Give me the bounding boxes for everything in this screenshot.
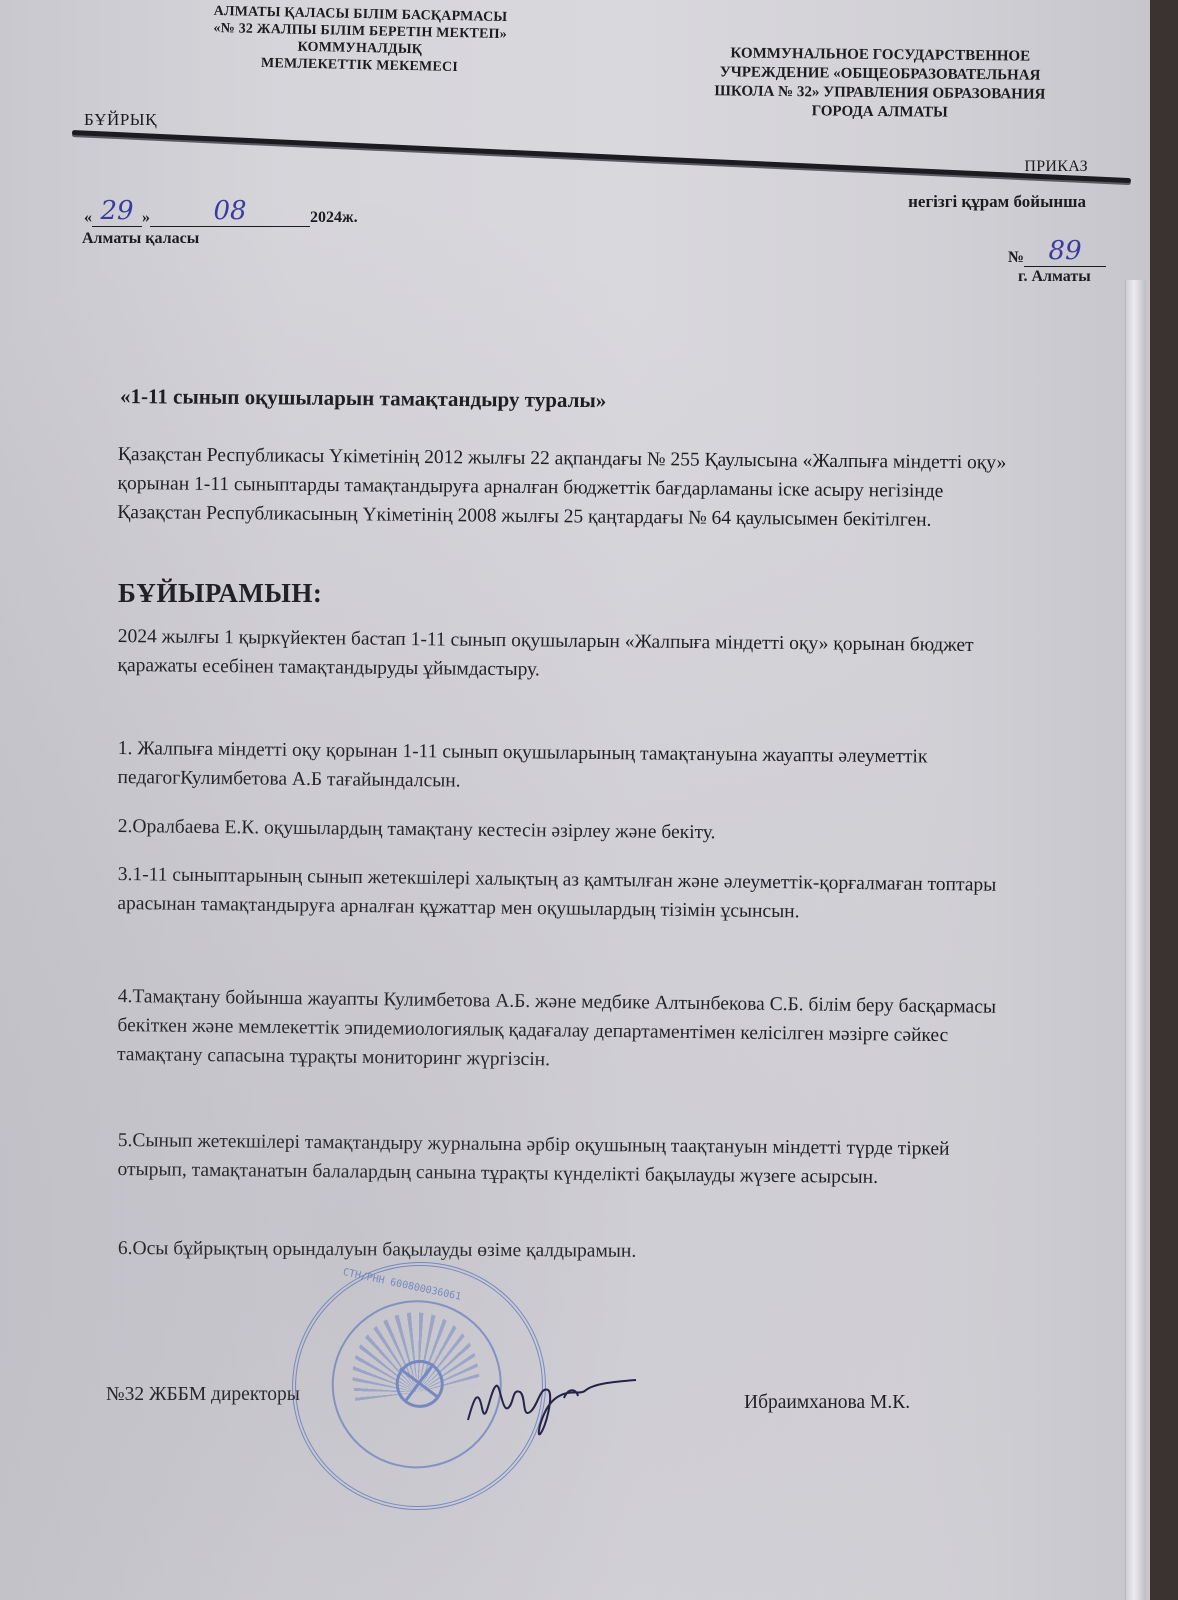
signatory-name: Ибраимханова М.К. — [744, 1392, 910, 1414]
date-day: 29 — [92, 196, 142, 227]
document-page: АЛМАТЫ ҚАЛАСЫ БІЛІМ БАСҚАРМАСЫ «№ 32 ЖАЛ… — [0, 0, 1150, 1600]
preamble-text: Қазақстан Республикасы Үкіметінің 2012 ж… — [117, 440, 1018, 536]
date-line: « 29 » 08 2024ж. — [84, 196, 358, 227]
item-text: 6.Осы бұйрықтың орындалуын бақылауды өзі… — [118, 1234, 1018, 1268]
header-divider — [72, 130, 1131, 183]
quote-close: » — [142, 209, 150, 227]
preamble: Қазақстан Республикасы Үкіметінің 2012 ж… — [117, 440, 1018, 536]
doc-type-russian: ПРИКАЗ — [1024, 158, 1088, 176]
kazakh-org-header: АЛМАТЫ ҚАЛАСЫ БІЛІМ БАСҚАРМАСЫ «№ 32 ЖАЛ… — [169, 2, 550, 78]
item-text: 1. Жалпыға міндетті оқу қорынан 1-11 сын… — [117, 734, 1018, 801]
order-item-1: 1. Жалпыға міндетті оқу қорынан 1-11 сын… — [117, 734, 1018, 801]
order-intro: 2024 жылғы 1 қыркүйектен бастап 1-11 сын… — [117, 622, 1018, 689]
item-text: 5.Сынып жетекшілері тамақтандыру журналы… — [117, 1126, 1018, 1193]
intro-text: 2024 жылғы 1 қыркүйектен бастап 1-11 сын… — [117, 622, 1018, 689]
doc-type-kazakh: БҰЙРЫҚ — [84, 110, 157, 130]
item-text: 4.Тамақтану бойынша жауапты Кулимбетова … — [117, 982, 1018, 1080]
date-month: 08 — [150, 196, 310, 227]
order-heading: БҰЙЫРАМЫН: — [118, 578, 322, 609]
signatory-position: №32 ЖББМ директоры — [106, 1384, 300, 1406]
underlying-sheet-edge — [1125, 280, 1146, 1600]
number-value: 89 — [1024, 236, 1106, 267]
city-kazakh: Алматы қаласы — [82, 230, 199, 248]
russian-org-header: КОММУНАЛЬНОЕ ГОСУДАРСТВЕННОЕ УЧРЕЖДЕНИЕ … — [680, 44, 1081, 124]
order-item-2: 2.Оралбаева Е.К. оқушылардың тамақтану к… — [118, 812, 1018, 850]
order-item-5: 5.Сынып жетекшілері тамақтандыру журналы… — [117, 1126, 1018, 1193]
item-text: 2.Оралбаева Е.К. оқушылардың тамақтану к… — [118, 812, 1018, 850]
order-item-4: 4.Тамақтану бойынша жауапты Кулимбетова … — [117, 982, 1018, 1080]
quote-open: « — [84, 209, 92, 227]
order-number: № 89 — [1008, 236, 1106, 267]
item-text: 3.1-11 сыныптарының сынып жетекшілері ха… — [117, 860, 1018, 929]
order-item-3: 3.1-11 сыныптарының сынып жетекшілері ха… — [117, 860, 1018, 929]
stamp-text: СТН/РНН 600800036061 — [342, 1267, 462, 1303]
order-item-6: 6.Осы бұйрықтың орындалуын бақылауды өзі… — [118, 1234, 1018, 1268]
document-title: «1-11 сынып оқушыларын тамақтандыру тура… — [120, 384, 607, 413]
order-basis: негізгі құрам бойынша — [908, 192, 1086, 212]
number-label: № — [1008, 249, 1024, 267]
city-russian: г. Алматы — [1018, 268, 1091, 286]
handwritten-signature-icon — [460, 1368, 640, 1438]
date-year: 2024ж. — [310, 209, 358, 227]
